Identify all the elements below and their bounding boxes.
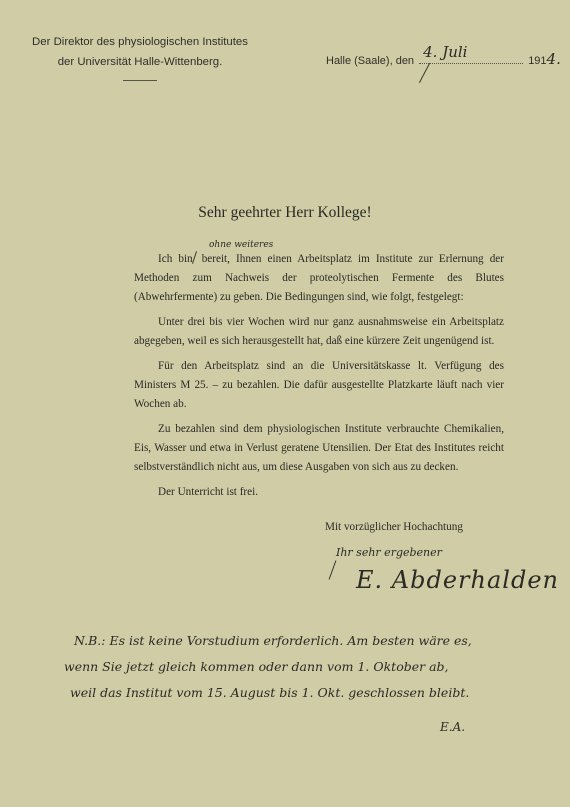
handwritten-insertion: ohne weiteres [185, 236, 273, 255]
postscript-line-3: weil das Institut vom 15. August bis 1. … [70, 680, 544, 706]
signature: E. Abderhalden [356, 566, 559, 594]
place-label: Halle (Saale), den [326, 55, 414, 67]
year-printed: 191 [528, 55, 546, 67]
letterhead-line-1: Der Direktor des physiologischen Institu… [20, 32, 260, 52]
postscript-line-2: wenn Sie jetzt gleich kommen oder dann v… [64, 654, 544, 680]
salutation: Sehr geehrter Herr Kollege! [0, 204, 570, 222]
pen-mark-signature [329, 560, 337, 579]
postscript: N.B.: Es ist keine Vorstudium erforderli… [74, 628, 544, 706]
handwritten-closing: Ihr sehr ergebener [336, 546, 442, 559]
postscript-initials: E.A. [440, 720, 465, 734]
dateline: Halle (Saale), den 4. Juli 1914. [326, 50, 561, 68]
paragraph-3: Für den Arbeitsplatz sind an die Univers… [134, 357, 504, 414]
letterhead-divider [123, 80, 157, 81]
letter-body: ohne weiteres Ich bin bereit, Ihnen eine… [134, 250, 504, 508]
letter-page: Der Direktor des physiologischen Institu… [0, 0, 570, 807]
postscript-line-1: N.B.: Es ist keine Vorstudium erforderli… [74, 628, 544, 654]
paragraph-1: ohne weiteres Ich bin bereit, Ihnen eine… [134, 250, 504, 307]
letterhead-line-2: der Universität Halle-Wittenberg. [20, 52, 260, 72]
paragraph-2: Unter drei bis vier Wochen wird nur ganz… [134, 313, 504, 351]
closing-phrase: Mit vorzüglicher Hochachtung [325, 521, 463, 533]
letterhead: Der Direktor des physiologischen Institu… [20, 32, 260, 81]
paragraph-4: Zu bezahlen sind dem physiologischen Ins… [134, 420, 504, 477]
year-handwritten: 4. [547, 50, 561, 68]
handwritten-date: 4. Juli [423, 43, 467, 61]
paragraph-5: Der Unterricht ist frei. [134, 483, 504, 502]
date-field: 4. Juli [419, 51, 523, 64]
